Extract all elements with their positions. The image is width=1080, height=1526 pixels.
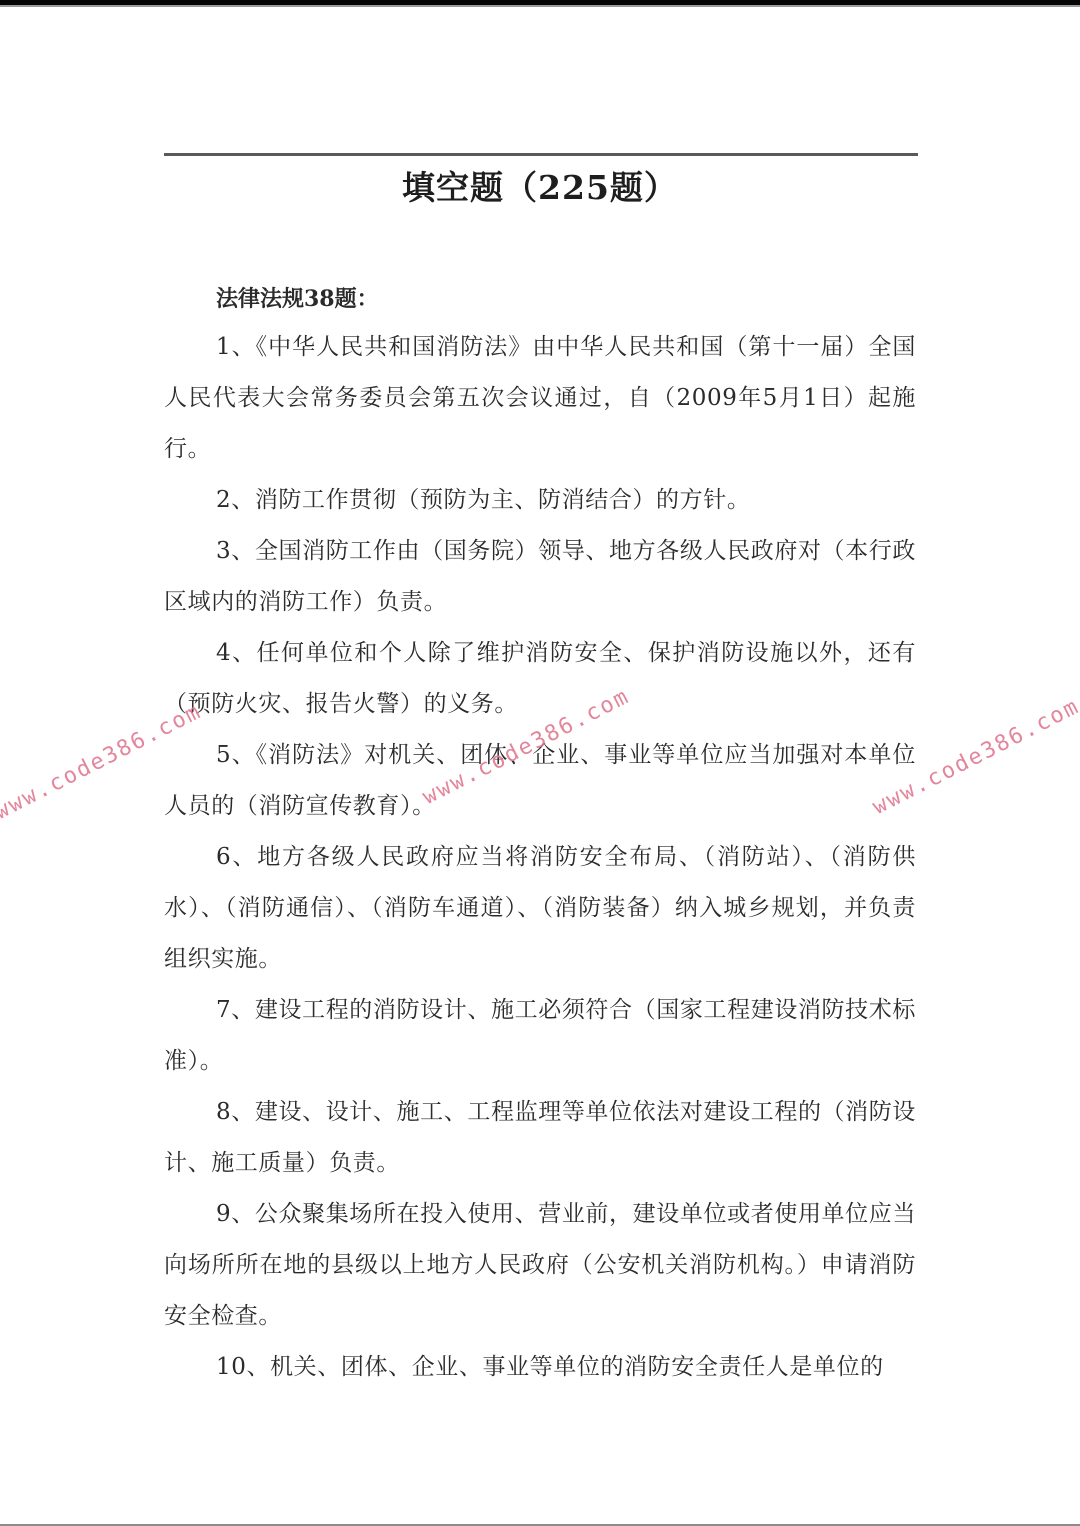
question-item: 2、消防工作贯彻（预防为主、防消结合）的方针。: [164, 475, 916, 526]
section-heading: 法律法规38题：: [216, 282, 379, 313]
question-item: 3、全国消防工作由（国务院）领导、地方各级人民政府对（本行政区域内的消防工作）负…: [164, 526, 916, 628]
question-item: 10、机关、团体、企业、事业等单位的消防安全责任人是单位的: [164, 1342, 916, 1393]
page-title: 填空题（225题）: [164, 162, 916, 209]
question-item: 1、《中华人民共和国消防法》由中华人民共和国（第十一届）全国人民代表大会常务委员…: [164, 322, 916, 475]
question-item: 8、建设、设计、施工、工程监理等单位依法对建设工程的（消防设计、施工质量）负责。: [164, 1087, 916, 1189]
question-item: 6、地方各级人民政府应当将消防安全布局、（消防站）、（消防供水）、（消防通信）、…: [164, 832, 916, 985]
top-edge-shadow: [0, 5, 1080, 7]
question-item: 4、任何单位和个人除了维护消防安全、保护消防设施以外，还有（预防火灾、报告火警）…: [164, 628, 916, 730]
question-item: 9、公众聚集场所在投入使用、营业前，建设单位或者使用单位应当向场所所在地的县级以…: [164, 1189, 916, 1342]
question-item: 7、建设工程的消防设计、施工必须符合（国家工程建设消防技术标准）。: [164, 985, 916, 1087]
header-rule: [164, 153, 918, 156]
question-list: 1、《中华人民共和国消防法》由中华人民共和国（第十一届）全国人民代表大会常务委员…: [164, 322, 916, 1393]
